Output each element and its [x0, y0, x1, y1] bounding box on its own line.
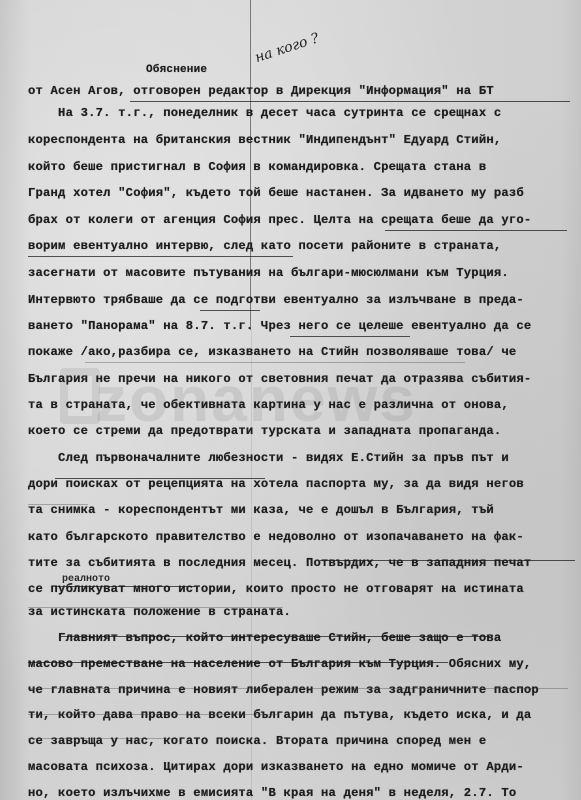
document-text-line: та в страната, че обективната картина у …: [28, 398, 509, 412]
interlinear-insert: реалното: [62, 574, 110, 585]
document-text-line: което се стреми да предотврати турската …: [28, 424, 501, 438]
document-text-line: тите за събитията в последния месец. Пот…: [28, 556, 531, 570]
document-text-line: та снимка - кореспондентът ми каза, че е…: [28, 503, 494, 517]
document-text-line: ването "Панорама" на 8.7. т.г. Чрез него…: [28, 319, 531, 333]
document-text-line: кореспондента на британския вестник "Инд…: [28, 133, 501, 147]
document-title: Обяснение: [146, 64, 207, 76]
document-text-line: но, което излъчихме в емисията "В края н…: [28, 786, 516, 800]
document-text-line: България не пречи на никого от световния…: [28, 372, 531, 386]
underline-mark: [200, 310, 260, 311]
document-text-line: ти, който дава право на всеки българин д…: [28, 708, 531, 722]
document-text-line: който беше пристигнал в София в командир…: [28, 160, 486, 174]
document-text-line: засегнати от масовите пътувания на бълга…: [28, 266, 509, 280]
underline-mark: [28, 607, 283, 608]
underline-mark: [85, 362, 465, 363]
underline-mark: [385, 230, 567, 231]
document-text-line: масовата психоза. Цитирах дори изказване…: [28, 760, 524, 774]
document-subtitle: от Асен Агов, отговорен редактор в Дирек…: [28, 84, 494, 98]
underline-mark: [28, 504, 88, 505]
underline-mark: [290, 336, 410, 337]
document-text-line: че главната причина е новият либерален р…: [28, 683, 539, 697]
underline-mark: [55, 586, 195, 587]
document-text-line: покаже /ако,разбира се, изказването на С…: [28, 345, 516, 359]
underline-mark: [28, 662, 448, 663]
document-text-line: На 3.7. т.г., понеделник в десет часа су…: [28, 106, 501, 120]
underline-mark: [28, 714, 278, 715]
document-text-line: ворим евентуално интервю, след като посе…: [28, 239, 501, 253]
document-text-line: Гранд хотел "София", където той беше нас…: [28, 186, 524, 200]
document-text-line: масово преместване на население от Бълга…: [28, 657, 531, 671]
document-text-line: Главният въпрос, който интересуваше Стий…: [28, 631, 501, 645]
underline-mark: [320, 560, 575, 561]
document-text-line: дори поисках от рецепцията на хотела пас…: [28, 477, 524, 491]
handwritten-note: на кого ?: [253, 30, 321, 66]
underline-mark: [28, 688, 568, 689]
document-text-line: След първоначалните любезности - видях Е…: [28, 451, 509, 465]
subtitle-underline: [130, 101, 570, 102]
underline-mark: [28, 256, 293, 257]
document-text-line: брах от колеги от агенция София прес. Це…: [28, 213, 531, 227]
underline-mark: [55, 478, 265, 479]
document-text-line: се завръща у нас, когато поиска. Втората…: [28, 734, 486, 748]
underline-mark: [28, 738, 178, 739]
document-text-line: като българското правителство е недоволн…: [28, 530, 524, 544]
underline-mark: [60, 636, 490, 637]
scanned-document-page: zonanews Обяснение на кого ? от Асен Аго…: [0, 0, 581, 800]
document-text-line: Интервюто трябваше да се подготви евенту…: [28, 293, 524, 307]
